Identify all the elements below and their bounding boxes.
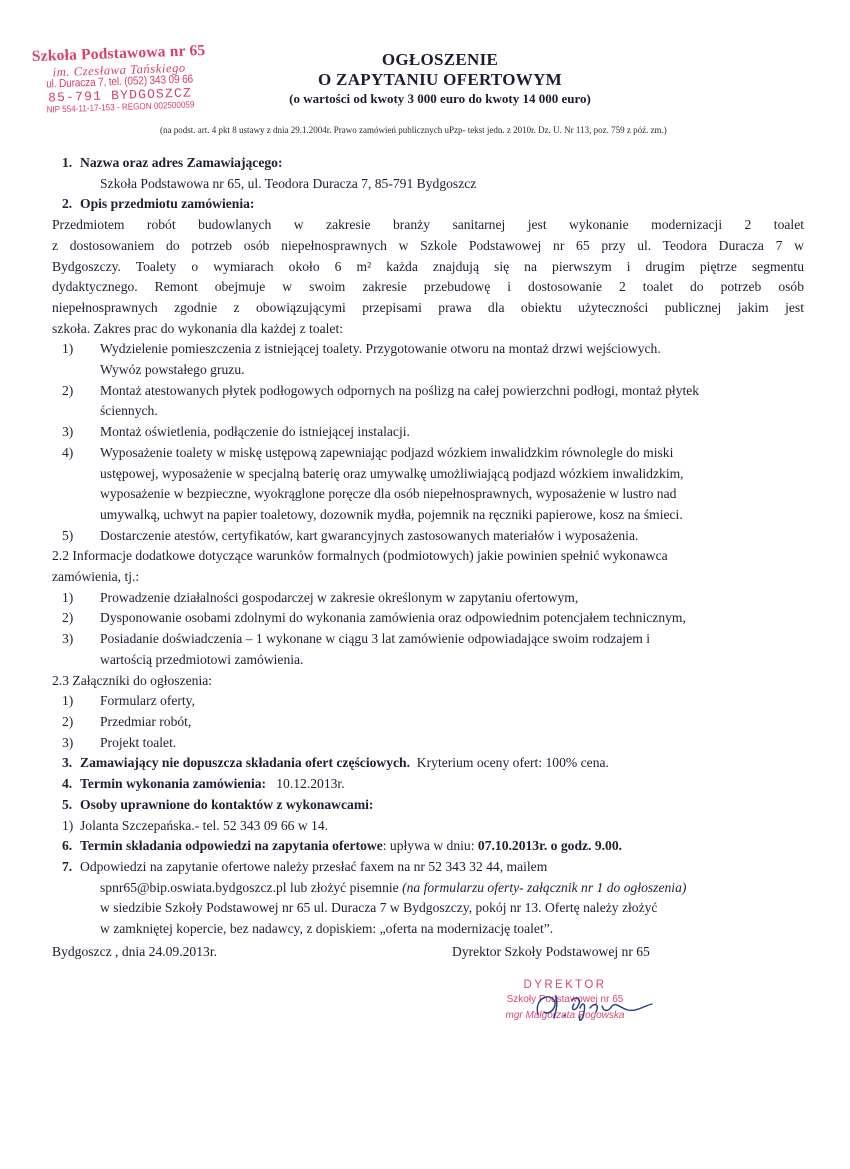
list-item-text: Dysponowanie osobami zdolnymi do wykonan… — [100, 610, 686, 625]
work-item: 1)Wydzielenie pomieszczenia z istniejące… — [52, 339, 804, 380]
document-title: OGŁOSZENIE — [230, 50, 650, 70]
list-item-text: ściennych. — [100, 403, 158, 418]
list-item-number: 5) — [52, 526, 100, 547]
section-2-paragraph: Przedmiotem robót budowlanych w zakresie… — [52, 215, 804, 339]
heading-line: 2.2 Informacje dodatkowe dotyczące warun… — [52, 546, 804, 567]
section-3-heading: Zamawiający nie dopuszcza składania ofer… — [80, 755, 410, 770]
section-3: 3.Zamawiający nie dopuszcza składania of… — [52, 753, 804, 774]
list-item-text: Wydzielenie pomieszczenia z istniejącej … — [100, 341, 661, 356]
attachment-item: 3)Projekt toalet. — [52, 733, 804, 754]
list-item-line: 3)Montaż oświetlenia, podłączenie do ist… — [52, 422, 804, 443]
list-item-number: 3) — [52, 422, 100, 443]
list-item-line: 2)Dysponowanie osobami zdolnymi do wykon… — [52, 608, 804, 629]
list-item-line: 3)Projekt toalet. — [52, 733, 804, 754]
list-item-line: 3)Posiadanie doświadczenia – 1 wykonane … — [52, 629, 804, 650]
list-item-text: umywalką, uchwyt na papier toaletowy, do… — [100, 507, 683, 522]
section-7-line4: w zamkniętej kopercie, bez nadawcy, z do… — [52, 919, 804, 940]
section-4: 4.Termin wykonania zamówienia: 10.12.201… — [52, 774, 804, 795]
document-subtitle: (o wartości od kwoty 3 000 euro do kwoty… — [230, 90, 650, 107]
list-item-text: Montaż oświetlenia, podłączenie do istni… — [100, 424, 410, 439]
list-item-text: Prowadzenie działalności gospodarczej w … — [100, 590, 578, 605]
section-7-line3: w siedzibie Szkoły Podstawowej nr 65 ul.… — [52, 898, 804, 919]
legal-basis: (na podst. art. 4 pkt 8 ustawy z dnia 29… — [160, 125, 667, 135]
list-item-continuation: Wywóz powstałego gruzu. — [52, 360, 804, 381]
signatory-title: Dyrektor Szkoły Podstawowej nr 65 — [452, 944, 650, 960]
list-item-line: 1)Formularz oferty, — [52, 691, 804, 712]
section-2-heading: 2.Opis przedmiotu zamówienia: — [52, 194, 804, 215]
section-1-text: Szkoła Podstawowa nr 65, ul. Teodora Dur… — [52, 174, 804, 195]
section-2-work-list: 1)Wydzielenie pomieszczenia z istniejące… — [52, 339, 804, 546]
list-item-continuation: wartością przedmiotowi zamówienia. — [52, 650, 804, 671]
contact-person: 1)Jolanta Szczepańska.- tel. 52 343 09 6… — [52, 816, 804, 837]
document-title-line2: O ZAPYTANIU OFERTOWYM — [230, 70, 650, 90]
section-6: 6.Termin składania odpowiedzi na zapytan… — [52, 836, 804, 857]
list-item-number: 2) — [52, 381, 100, 402]
list-item-line: 5)Dostarczenie atestów, certyfikatów, ka… — [52, 526, 804, 547]
list-item-line: 1)Wydzielenie pomieszczenia z istniejące… — [52, 339, 804, 360]
list-item-number: 1) — [52, 339, 100, 360]
work-item: 2)Montaż atestowanych płytek podłogowych… — [52, 381, 804, 422]
list-item-continuation: ściennych. — [52, 401, 804, 422]
list-item-number: 1) — [52, 691, 100, 712]
section-2-2-heading: 2.2 Informacje dodatkowe dotyczące warun… — [52, 546, 804, 587]
handwritten-signature-icon — [520, 986, 670, 1026]
list-item-number: 1) — [52, 588, 100, 609]
requirement-item: 1)Prowadzenie działalności gospodarczej … — [52, 588, 804, 609]
list-item-number: 2) — [52, 608, 100, 629]
section-4-date: 10.12.2013r. — [276, 776, 344, 791]
list-item-line: 1)Prowadzenie działalności gospodarczej … — [52, 588, 804, 609]
list-item-continuation: umywalką, uchwyt na papier toaletowy, do… — [52, 505, 804, 526]
list-item-line: 2)Montaż atestowanych płytek podłogowych… — [52, 381, 804, 402]
requirement-item: 3)Posiadanie doświadczenia – 1 wykonane … — [52, 629, 804, 670]
requirement-item: 2)Dysponowanie osobami zdolnymi do wykon… — [52, 608, 804, 629]
paragraph-line: Bydgoszczy. Toalety o wymiarach około 6 … — [52, 257, 804, 278]
list-item-number: 3) — [52, 733, 100, 754]
list-item-number: 3) — [52, 629, 100, 650]
school-stamp: Szkoła Podstawowa nr 65 im. Czesława Tań… — [21, 43, 218, 115]
section-5-heading: 5.Osoby uprawnione do kontaktów z wykona… — [52, 795, 804, 816]
work-item: 4)Wyposażenie toalety w miskę ustępową z… — [52, 443, 804, 526]
list-item-number: 4) — [52, 443, 100, 464]
place-and-date: Bydgoszcz , dnia 24.09.2013r. — [52, 944, 217, 960]
paragraph-line: Przedmiotem robót budowlanych w zakresie… — [52, 215, 804, 236]
document-body: 1.Nazwa oraz adres Zamawiającego: Szkoła… — [52, 153, 804, 940]
list-item-continuation: wyposażenie w bezpieczne, wyokrąglone po… — [52, 484, 804, 505]
list-item-text: Przedmiar robót, — [100, 714, 191, 729]
list-item-number: 2) — [52, 712, 100, 733]
attachment-item: 2)Przedmiar robót, — [52, 712, 804, 733]
section-1-heading: 1.Nazwa oraz adres Zamawiającego: — [52, 153, 804, 174]
list-item-text: ustępowej, wyposażenie w specjalną bater… — [100, 466, 684, 481]
section-2-2-list: 1)Prowadzenie działalności gospodarczej … — [52, 588, 804, 671]
work-item: 3)Montaż oświetlenia, podłączenie do ist… — [52, 422, 804, 443]
list-item-text: Wyposażenie toalety w miskę ustępową zap… — [100, 445, 673, 460]
section-7-line1: 7.Odpowiedzi na zapytanie ofertowe należ… — [52, 857, 804, 878]
list-item-text: Projekt toalet. — [100, 735, 176, 750]
list-item-text: Formularz oferty, — [100, 693, 195, 708]
list-item-line: 4)Wyposażenie toalety w miskę ustępową z… — [52, 443, 804, 464]
section-4-heading: Termin wykonania zamówienia: — [80, 776, 266, 791]
list-item-text: Wywóz powstałego gruzu. — [100, 362, 245, 377]
heading-line: zamówienia, tj.: — [52, 567, 804, 588]
list-item-text: wartością przedmiotowi zamówienia. — [100, 652, 303, 667]
attachment-item: 1)Formularz oferty, — [52, 691, 804, 712]
paragraph-line: szkoła. Zakres prac do wykonania dla każ… — [52, 319, 804, 340]
list-item-text: Dostarczenie atestów, certyfikatów, kart… — [100, 528, 638, 543]
list-item-line: 2)Przedmiar robót, — [52, 712, 804, 733]
list-item-text: wyposażenie w bezpieczne, wyokrąglone po… — [100, 486, 676, 501]
document-header: OGŁOSZENIE O ZAPYTANIU OFERTOWYM (o wart… — [230, 50, 650, 107]
list-item-text: Posiadanie doświadczenia – 1 wykonane w … — [100, 631, 650, 646]
section-2-3-heading: 2.3 Załączniki do ogłoszenia: — [52, 671, 804, 692]
work-item: 5)Dostarczenie atestów, certyfikatów, ka… — [52, 526, 804, 547]
email-link[interactable]: spnr65@bip.oswiata.bydgoszcz.pl — [100, 880, 287, 895]
paragraph-line: niepełnosprawnych zgodnie z obowiązujący… — [52, 298, 804, 319]
list-item-continuation: ustępowej, wyposażenie w specjalną bater… — [52, 464, 804, 485]
section-2-3-attachments-list: 1)Formularz oferty,2)Przedmiar robót,3)P… — [52, 691, 804, 753]
paragraph-line: dydaktycznego. Remont obejmuje w swoim z… — [52, 277, 804, 298]
submission-deadline: 07.10.2013r. o godz. 9.00. — [478, 838, 622, 853]
section-7-line2: spnr65@bip.oswiata.bydgoszcz.pl lub złoż… — [52, 878, 804, 899]
list-item-text: Montaż atestowanych płytek podłogowych o… — [100, 383, 699, 398]
section-6-heading: Termin składania odpowiedzi na zapytania… — [80, 838, 383, 853]
paragraph-line: z dostosowaniem do potrzeb osób niepełno… — [52, 236, 804, 257]
section-3-criterion: Kryterium oceny ofert: 100% cena. — [417, 755, 609, 770]
